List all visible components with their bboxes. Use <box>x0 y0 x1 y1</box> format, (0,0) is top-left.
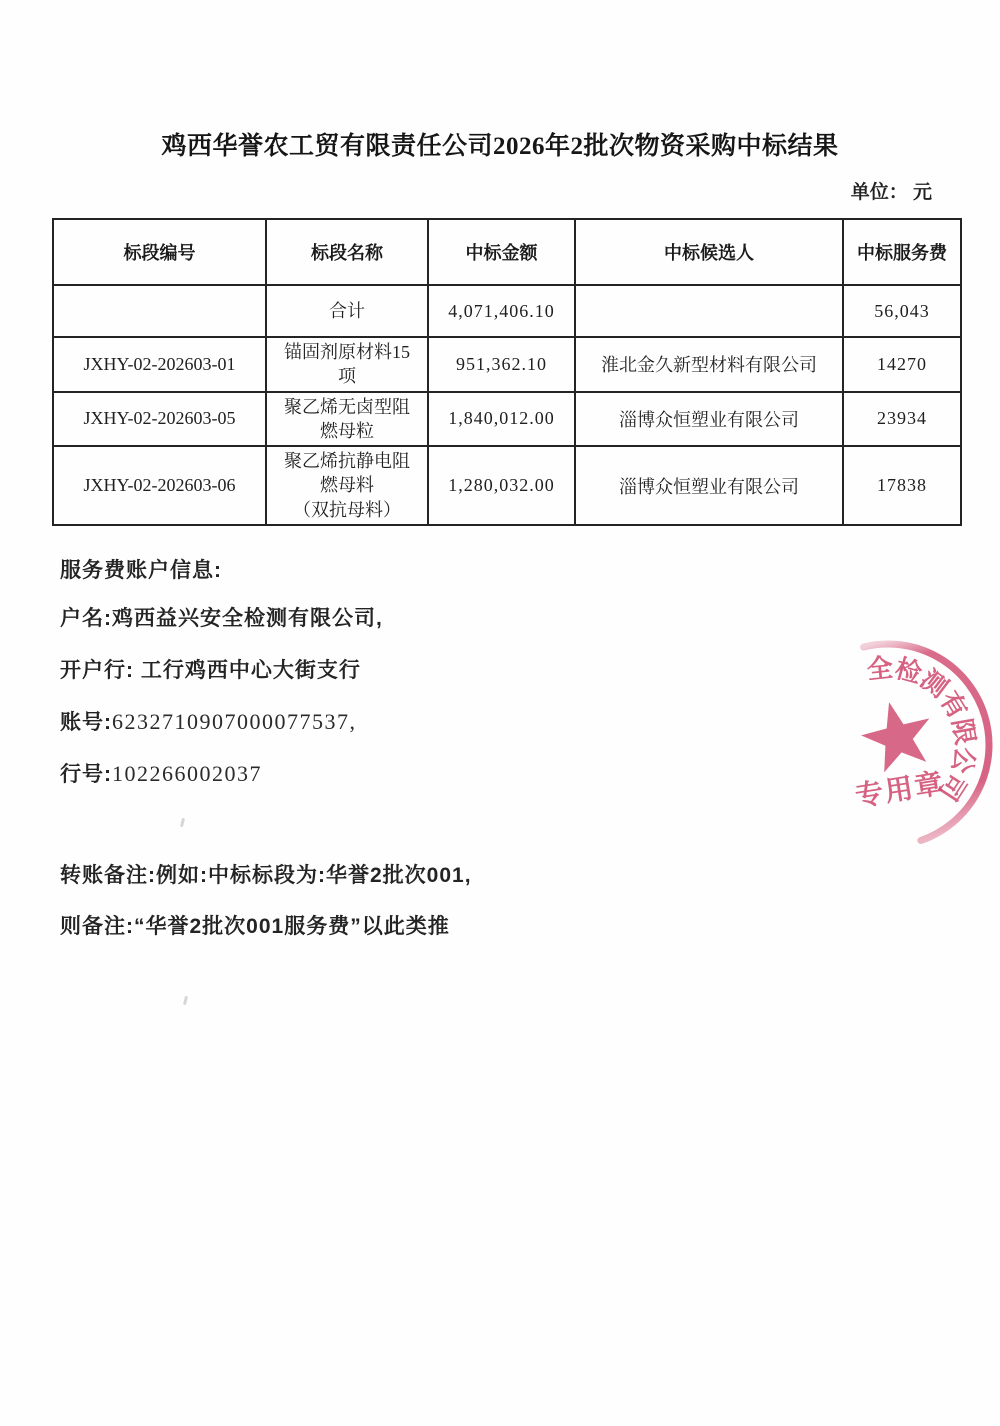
cell-winner <box>575 285 843 337</box>
account-number-value: 6232710907000077537, <box>112 709 357 734</box>
page-title: 鸡西华誉农工贸有限责任公司2026年2批次物资采购中标结果 <box>0 126 1000 162</box>
cell-fee: 56,043 <box>843 285 961 337</box>
table-row: JXHY-02-202603-01 锚固剂原材料15 项 951,362.10 … <box>53 337 961 392</box>
seal-arc-char: 司 <box>933 768 972 806</box>
bank-line: 开户行: 工行鸡西中心大街支行 <box>60 654 361 684</box>
branch-number-value: 102266002037 <box>112 761 262 786</box>
cell-winner: 淄博众恒塑业有限公司 <box>575 392 843 447</box>
account-number-label: 账号: <box>60 711 112 734</box>
unit-label: 单位： 元 <box>851 177 932 204</box>
cell-name: 锚固剂原材料15 项 <box>266 337 428 392</box>
bid-result-table: 标段编号 标段名称 中标金额 中标候选人 中标服务费 合计 4,071,406.… <box>52 218 962 526</box>
seal-arc-char: 有 <box>934 686 973 724</box>
cell-amount: 1,280,032.00 <box>428 446 575 525</box>
branch-number-label: 行号: <box>60 763 112 786</box>
company-seal-stamp: 全 检 测 有 限 公 司 专用章 <box>768 625 1000 865</box>
cell-fee: 17838 <box>843 446 961 525</box>
cell-code <box>53 285 266 337</box>
transfer-note-line1: 转账备注:例如:中标标段为:华誉2批次001, <box>60 859 472 889</box>
header-service-fee: 中标服务费 <box>843 219 961 285</box>
seal-arc-char: 检 <box>892 653 925 689</box>
seal-bottom-text: 专用章 <box>853 766 947 812</box>
table-header-row: 标段编号 标段名称 中标金额 中标候选人 中标服务费 <box>53 219 961 285</box>
cell-winner: 淄博众恒塑业有限公司 <box>575 446 843 525</box>
cell-amount: 4,071,406.10 <box>428 285 575 337</box>
cell-code: JXHY-02-202603-05 <box>53 392 266 447</box>
cell-name: 聚乙烯无卤型阻 燃母粒 <box>266 392 428 447</box>
cell-name: 聚乙烯抗静电阻 燃母料 （双抗母料） <box>266 446 428 525</box>
cell-fee: 23934 <box>843 392 961 447</box>
header-section-code: 标段编号 <box>53 219 266 285</box>
cell-name: 合计 <box>266 285 428 337</box>
scan-artifact <box>183 996 188 1005</box>
account-number-line: 账号:6232710907000077537, <box>60 706 357 736</box>
scan-artifact <box>180 818 185 827</box>
cell-code: JXHY-02-202603-01 <box>53 337 266 392</box>
account-holder-line: 户名:鸡西益兴安全检测有限公司, <box>60 602 383 632</box>
table-row-total: 合计 4,071,406.10 56,043 <box>53 285 961 337</box>
cell-amount: 1,840,012.00 <box>428 392 575 447</box>
account-info-heading: 服务费账户信息: <box>60 554 222 584</box>
table-row: JXHY-02-202603-05 聚乙烯无卤型阻 燃母粒 1,840,012.… <box>53 392 961 447</box>
cell-amount: 951,362.10 <box>428 337 575 392</box>
cell-code: JXHY-02-202603-06 <box>53 446 266 525</box>
branch-number-line: 行号:102266002037 <box>60 758 262 788</box>
seal-arc-char: 全 <box>865 652 894 685</box>
header-bid-amount: 中标金额 <box>428 219 575 285</box>
seal-arc-char: 测 <box>915 664 954 704</box>
header-bid-winner: 中标候选人 <box>575 219 843 285</box>
seal-svg: 全 检 测 有 限 公 司 专用章 <box>768 625 1000 865</box>
cell-winner: 淮北金久新型材料有限公司 <box>575 337 843 392</box>
transfer-note-line2: 则备注:“华誉2批次001服务费”以此类推 <box>60 910 450 940</box>
header-section-name: 标段名称 <box>266 219 428 285</box>
seal-outer-arc <box>864 644 989 840</box>
cell-fee: 14270 <box>843 337 961 392</box>
table-row: JXHY-02-202603-06 聚乙烯抗静电阻 燃母料 （双抗母料） 1,2… <box>53 446 961 525</box>
seal-arc-char: 公 <box>946 745 981 776</box>
scanned-document-page: { "doc": { "title": "鸡西华誉农工贸有限责任公司2026年2… <box>0 0 1000 1426</box>
seal-star-icon <box>855 694 940 776</box>
seal-arc-char: 限 <box>947 716 981 747</box>
